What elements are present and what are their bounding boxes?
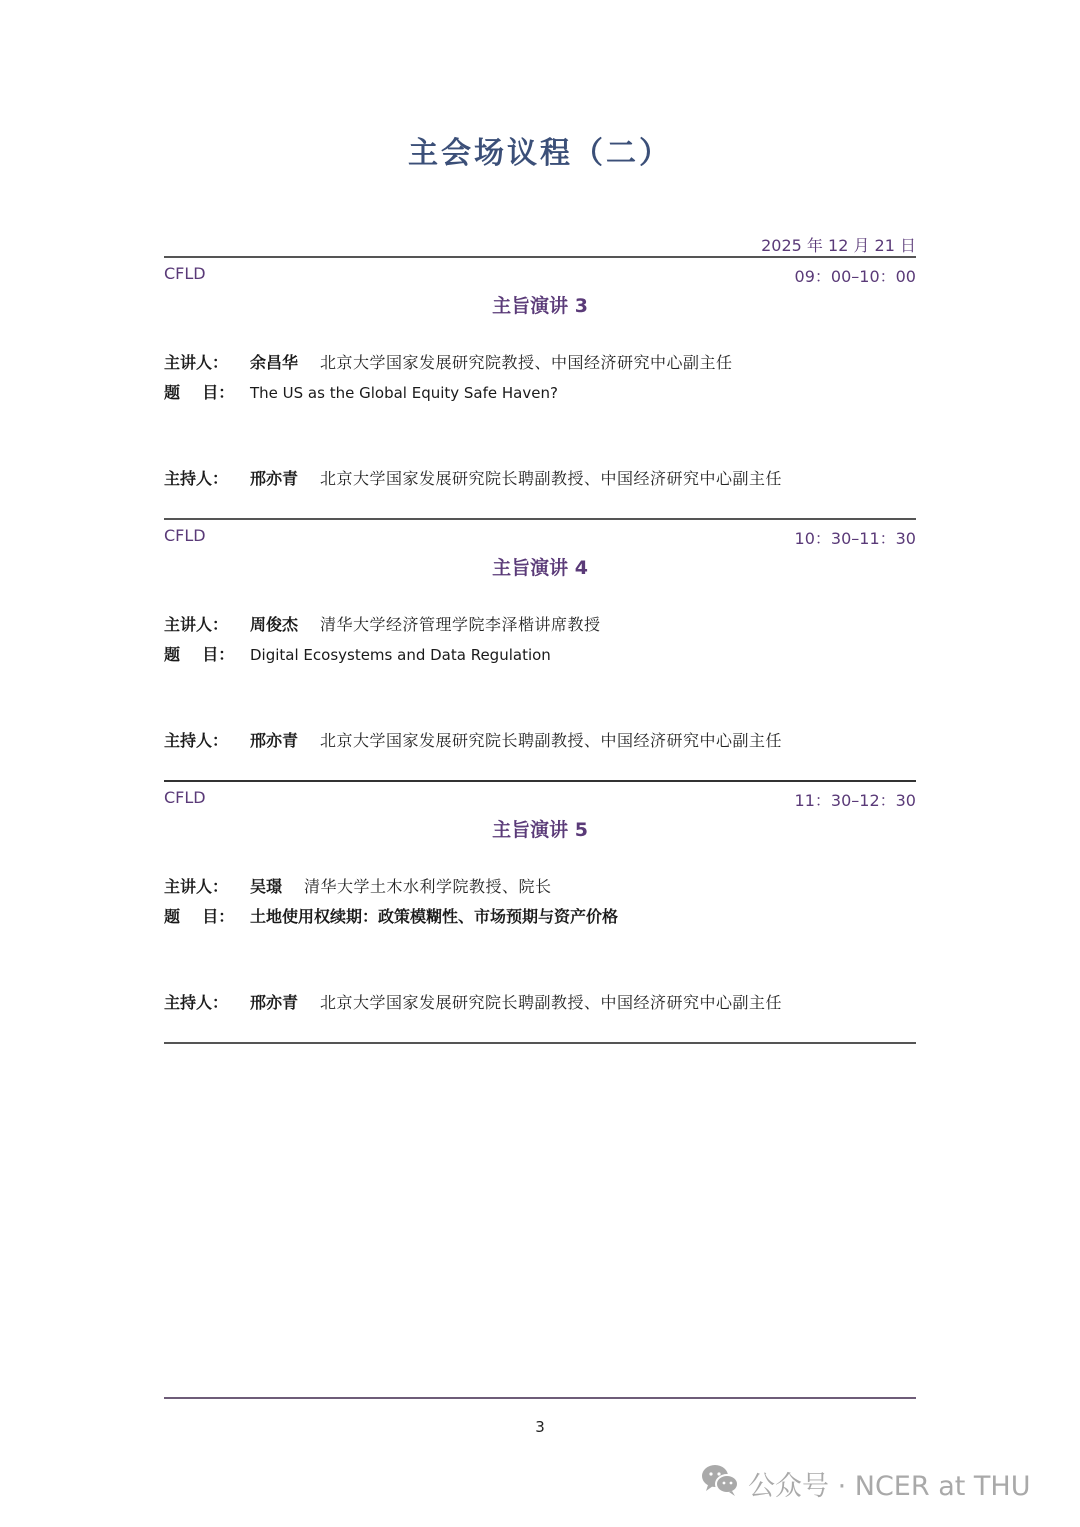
session-org: CFLD bbox=[164, 526, 206, 545]
session-title: 主旨演讲 4 bbox=[0, 553, 1080, 580]
speaker-name: 余昌华 bbox=[250, 350, 298, 373]
divider bbox=[164, 256, 916, 258]
host-affiliation: 北京大学国家发展研究院长聘副教授、中国经济研究中心副主任 bbox=[320, 728, 782, 751]
watermark-text: 公众号 · NCER at THU bbox=[748, 1464, 1030, 1503]
host-row: 主持人： 邢亦青 北京大学国家发展研究院长聘副教授、中国经济研究中心副主任 bbox=[164, 728, 782, 751]
page-title: 主会场议程（二） bbox=[0, 128, 1080, 172]
session-org: CFLD bbox=[164, 788, 206, 807]
topic-label: 题 目： bbox=[164, 904, 250, 927]
speaker-row: 主讲人： 余昌华 北京大学国家发展研究院教授、中国经济研究中心副主任 bbox=[164, 350, 733, 373]
speaker-affiliation: 北京大学国家发展研究院教授、中国经济研究中心副主任 bbox=[320, 350, 733, 373]
host-name: 邢亦青 bbox=[250, 728, 298, 751]
speaker-affiliation: 清华大学土木水利学院教授、院长 bbox=[304, 874, 552, 897]
host-label: 主持人： bbox=[164, 728, 250, 751]
session-org: CFLD bbox=[164, 264, 206, 283]
speaker-affiliation: 清华大学经济管理学院李泽楷讲席教授 bbox=[320, 612, 601, 635]
host-affiliation: 北京大学国家发展研究院长聘副教授、中国经济研究中心副主任 bbox=[320, 466, 782, 489]
page-number: 3 bbox=[0, 1418, 1080, 1436]
topic-text: The US as the Global Equity Safe Haven? bbox=[250, 384, 558, 402]
host-name: 邢亦青 bbox=[250, 466, 298, 489]
wechat-icon bbox=[700, 1463, 748, 1504]
topic-text: Digital Ecosystems and Data Regulation bbox=[250, 646, 551, 664]
session-time: 11：30–12：30 bbox=[795, 788, 916, 811]
divider bbox=[164, 1042, 916, 1044]
speaker-row: 主讲人： 吴璟 清华大学土木水利学院教授、院长 bbox=[164, 874, 552, 897]
host-affiliation: 北京大学国家发展研究院长聘副教授、中国经济研究中心副主任 bbox=[320, 990, 782, 1013]
session-time: 09：00–10：00 bbox=[795, 264, 916, 287]
topic-row: 题 目： The US as the Global Equity Safe Ha… bbox=[164, 380, 558, 403]
session-title: 主旨演讲 3 bbox=[0, 291, 1080, 318]
divider bbox=[164, 780, 916, 782]
topic-row: 题 目： 土地使用权续期：政策模糊性、市场预期与资产价格 bbox=[164, 904, 618, 927]
topic-label: 题 目： bbox=[164, 642, 250, 665]
topic-label: 题 目： bbox=[164, 380, 250, 403]
host-label: 主持人： bbox=[164, 466, 250, 489]
session-title: 主旨演讲 5 bbox=[0, 815, 1080, 842]
speaker-name: 周俊杰 bbox=[250, 612, 298, 635]
watermark: 公众号 · NCER at THU bbox=[700, 1463, 1030, 1504]
host-name: 邢亦青 bbox=[250, 990, 298, 1013]
speaker-row: 主讲人： 周俊杰 清华大学经济管理学院李泽楷讲席教授 bbox=[164, 612, 601, 635]
topic-row: 题 目： Digital Ecosystems and Data Regulat… bbox=[164, 642, 551, 665]
speaker-label: 主讲人： bbox=[164, 874, 250, 897]
topic-text: 土地使用权续期：政策模糊性、市场预期与资产价格 bbox=[250, 904, 618, 927]
footer-divider bbox=[164, 1397, 916, 1399]
speaker-name: 吴璟 bbox=[250, 874, 282, 897]
speaker-label: 主讲人： bbox=[164, 612, 250, 635]
divider bbox=[164, 518, 916, 520]
host-label: 主持人： bbox=[164, 990, 250, 1013]
agenda-date: 2025 年 12 月 21 日 bbox=[761, 233, 916, 256]
session-time: 10：30–11：30 bbox=[795, 526, 916, 549]
host-row: 主持人： 邢亦青 北京大学国家发展研究院长聘副教授、中国经济研究中心副主任 bbox=[164, 466, 782, 489]
host-row: 主持人： 邢亦青 北京大学国家发展研究院长聘副教授、中国经济研究中心副主任 bbox=[164, 990, 782, 1013]
speaker-label: 主讲人： bbox=[164, 350, 250, 373]
